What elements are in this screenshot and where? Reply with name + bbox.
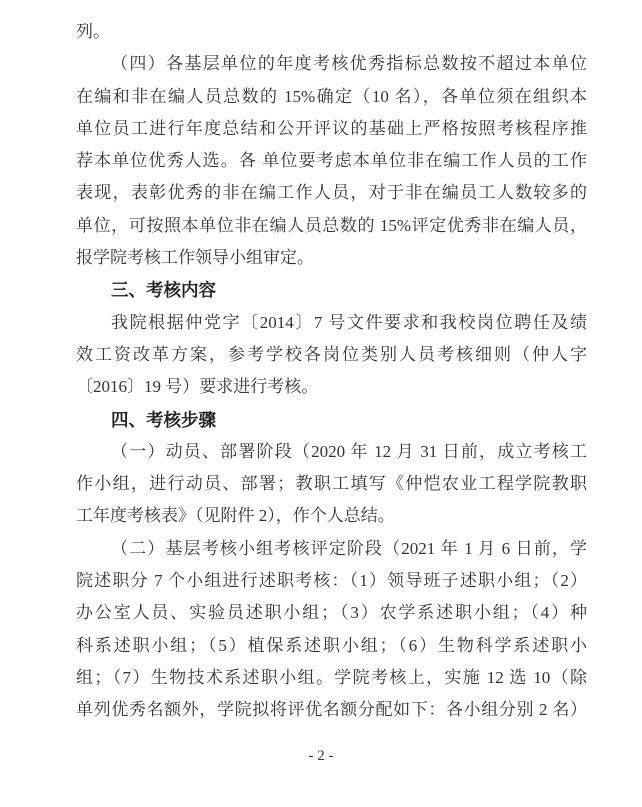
text-line: 作小组，进行动员、部署；教职工填写《仲恺农业工程学院教职 bbox=[76, 468, 587, 500]
text-line: 组；（7）生物技术系述职小组。学院考核上，实施 12 选 10（除 bbox=[76, 662, 587, 694]
text-line: 效工资改革方案，参考学校各岗位类别人员考核细则（仲人字 bbox=[76, 339, 587, 371]
text-line: 单列优秀名额外，学院拟将评优名额分配如下：各小组分别 2 名） bbox=[76, 694, 587, 726]
page-number: - 2 - bbox=[309, 748, 334, 764]
text-line: 科系述职小组；（5）植保系述职小组；（6）生物科学系述职小 bbox=[76, 630, 587, 662]
text-line: 我院根据仲党字〔2014〕7 号文件要求和我校岗位聘任及绩 bbox=[76, 307, 587, 339]
heading-line: 三、考核内容 bbox=[76, 274, 587, 306]
document-page: 列。（四）各基层单位的年度考核优秀指标总数按不超过本单位在编和非在编人员总数的 … bbox=[0, 0, 642, 807]
text-line: （二）基层考核小组考核评定阶段（2021 年 1 月 6 日前，学 bbox=[76, 533, 587, 565]
text-line: 表现，表彰优秀的非在编工作人员，对于非在编员工人数较多的 bbox=[76, 177, 587, 209]
page-footer: - 2 - bbox=[0, 748, 642, 765]
text-line: 院述职分 7 个小组进行述职考核：（1）领导班子述职小组；（2） bbox=[76, 565, 587, 597]
text-line: 列。 bbox=[76, 16, 587, 48]
text-line: 在编和非在编人员总数的 15%确定（10 名），各单位须在组织本 bbox=[76, 81, 587, 113]
text-line: 〔2016〕19 号）要求进行考核。 bbox=[76, 371, 587, 403]
text-line: 办公室人员、实验员述职小组；（3）农学系述职小组；（4）种 bbox=[76, 597, 587, 629]
text-line: （一）动员、部署阶段（2020 年 12 月 31 日前，成立考核工 bbox=[76, 436, 587, 468]
text-line: 工年度考核表》（见附件 2），作个人总结。 bbox=[76, 500, 587, 532]
text-line: 报学院考核工作领导小组审定。 bbox=[76, 242, 587, 274]
text-line: （四）各基层单位的年度考核优秀指标总数按不超过本单位 bbox=[76, 48, 587, 80]
text-line: 单位员工进行年度总结和公开评议的基础上严格按照考核程序推 bbox=[76, 113, 587, 145]
heading-line: 四、考核步骤 bbox=[76, 404, 587, 436]
document-body: 列。（四）各基层单位的年度考核优秀指标总数按不超过本单位在编和非在编人员总数的 … bbox=[76, 16, 587, 727]
text-line: 单位，可按照本单位非在编人员总数的 15%评定优秀非在编人员， bbox=[76, 210, 587, 242]
text-line: 荐本单位优秀人选。各 单位要考虑本单位非在编工作人员的工作 bbox=[76, 145, 587, 177]
